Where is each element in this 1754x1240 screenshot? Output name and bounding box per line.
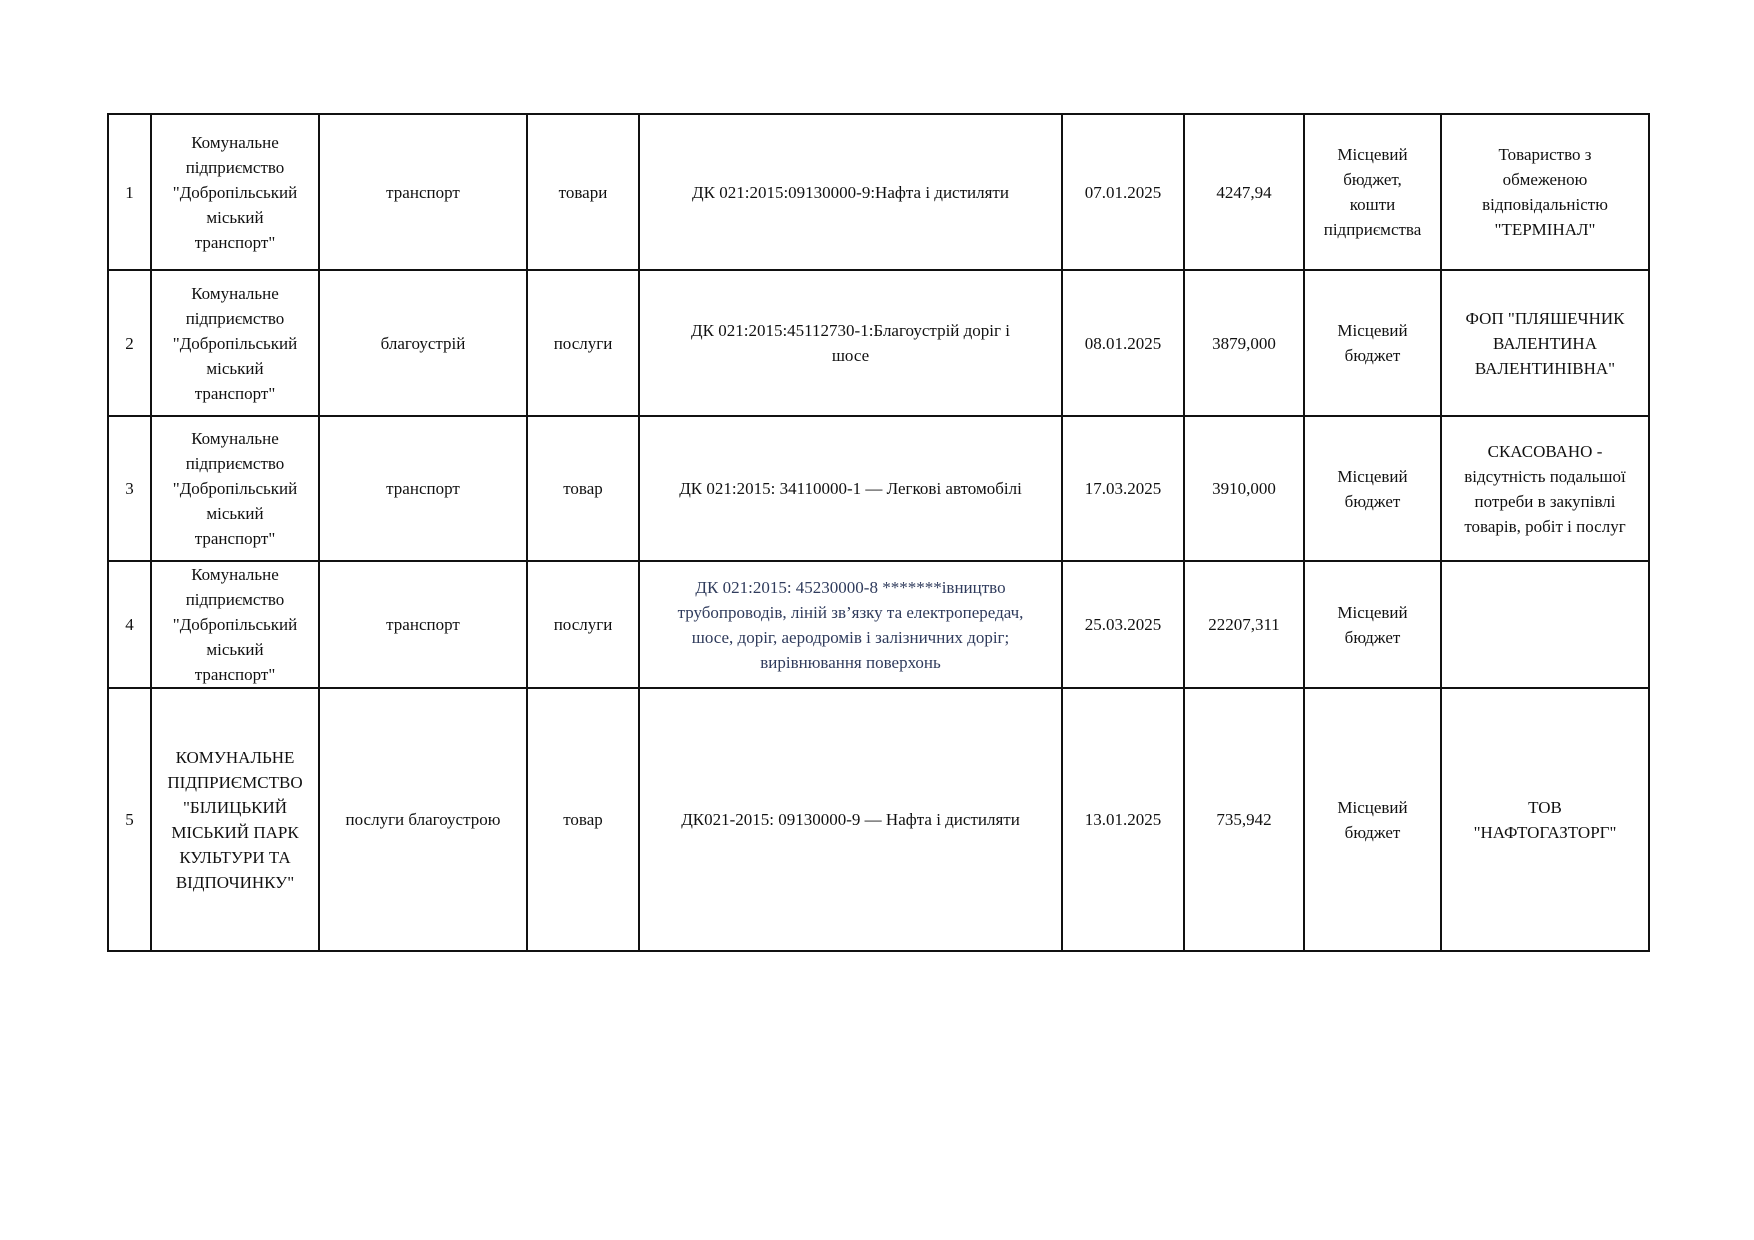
customer-cell: Комунальне підприємство "Добропільський … [151,270,319,416]
date-cell: 07.01.2025 [1062,114,1184,270]
date-cell: 25.03.2025 [1062,561,1184,688]
category-cell: транспорт [319,114,527,270]
supplier-cell: Товариство з обмеженою відповідальністю … [1441,114,1649,270]
row-number: 5 [108,688,151,951]
amount-cell: 735,942 [1184,688,1304,951]
category-cell: послуги благоустрою [319,688,527,951]
amount-cell: 22207,311 [1184,561,1304,688]
funding-cell: Місцевий бюджет [1304,416,1441,561]
subject-cell: ДК 021:2015:45112730-1:Благоустрій доріг… [639,270,1062,416]
subject-cell: ДК021-2015: 09130000-9 — Нафта і дистиля… [639,688,1062,951]
row-number: 4 [108,561,151,688]
subject-cell: ДК 021:2015: 45230000-8 *******івництво … [639,561,1062,688]
amount-cell: 3879,000 [1184,270,1304,416]
category-cell: благоустрій [319,270,527,416]
customer-cell: КОМУНАЛЬНЕ ПІДПРИЄМСТВО "БІЛИЦЬКИЙ МІСЬК… [151,688,319,951]
date-cell: 08.01.2025 [1062,270,1184,416]
customer-cell: Комунальне підприємство "Добропільський … [151,416,319,561]
procurement-table: 1 Комунальне підприємство "Добропільськи… [107,113,1650,952]
supplier-cell: ТОВ "НАФТОГАЗТОРГ" [1441,688,1649,951]
row-number: 1 [108,114,151,270]
table-row: 4 Комунальне підприємство "Добропільськи… [108,561,1649,688]
category-cell: транспорт [319,561,527,688]
supplier-status-cell: СКАСОВАНО - відсутність подальшої потреб… [1441,416,1649,561]
table-row: 3 Комунальне підприємство "Добропільськи… [108,416,1649,561]
amount-cell: 3910,000 [1184,416,1304,561]
row-number: 3 [108,416,151,561]
date-cell: 17.03.2025 [1062,416,1184,561]
date-cell: 13.01.2025 [1062,688,1184,951]
table-row: 2 Комунальне підприємство "Добропільськи… [108,270,1649,416]
type-cell: товар [527,416,639,561]
supplier-cell: ФОП "ПЛЯШЕЧНИК ВАЛЕНТИНА ВАЛЕНТИНІВНА" [1441,270,1649,416]
type-cell: товар [527,688,639,951]
funding-cell: Місцевий бюджет, кошти підприємства [1304,114,1441,270]
subject-cell: ДК 021:2015: 34110000-1 — Легкові автомо… [639,416,1062,561]
customer-cell: Комунальне підприємство "Добропільський … [151,114,319,270]
funding-cell: Місцевий бюджет [1304,270,1441,416]
category-cell: транспорт [319,416,527,561]
type-cell: послуги [527,561,639,688]
funding-cell: Місцевий бюджет [1304,688,1441,951]
amount-cell: 4247,94 [1184,114,1304,270]
row-number: 2 [108,270,151,416]
customer-cell: Комунальне підприємство "Добропільський … [151,561,319,688]
supplier-cell [1441,561,1649,688]
funding-cell: Місцевий бюджет [1304,561,1441,688]
type-cell: товари [527,114,639,270]
type-cell: послуги [527,270,639,416]
table-row: 5 КОМУНАЛЬНЕ ПІДПРИЄМСТВО "БІЛИЦЬКИЙ МІС… [108,688,1649,951]
subject-cell: ДК 021:2015:09130000-9:Нафта і дистиляти [639,114,1062,270]
table-row: 1 Комунальне підприємство "Добропільськи… [108,114,1649,270]
